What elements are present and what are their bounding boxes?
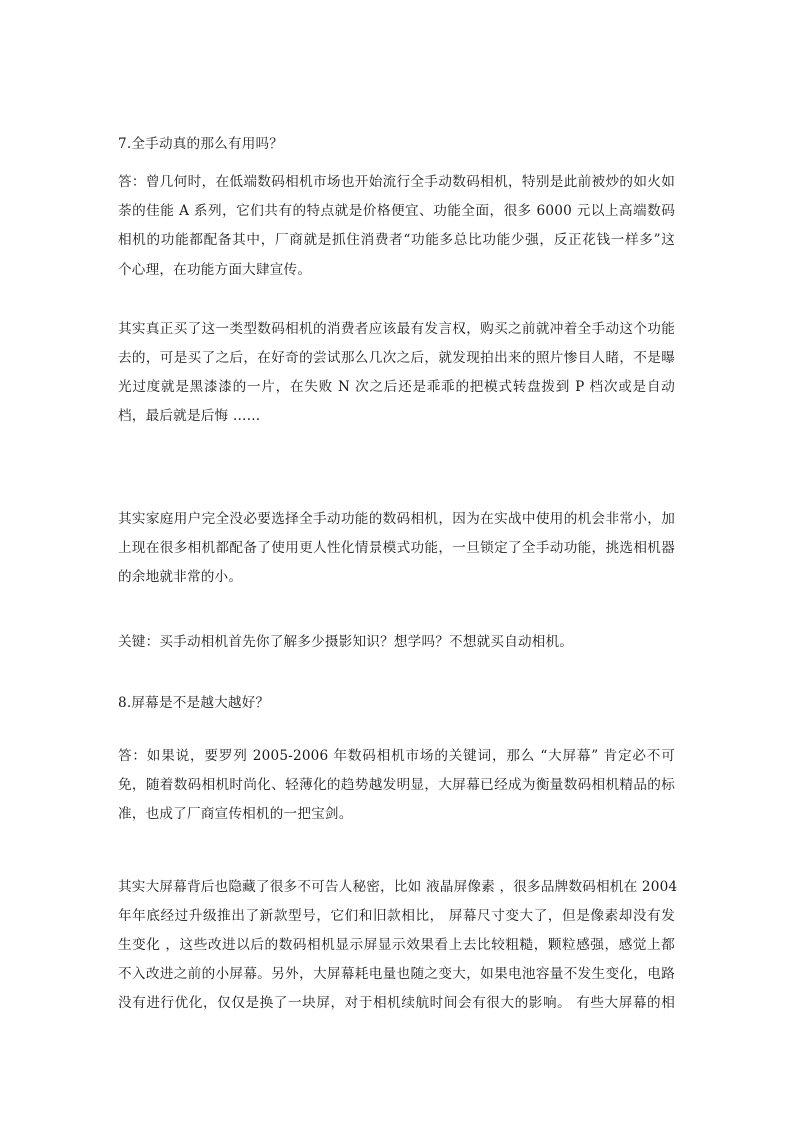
text-line: 没有进行优化，仅仅是换了一块屏，对于相机续航时间会有很大的影响。 有些大屏幕的相 — [118, 994, 675, 1012]
text-line: 年年底经过升级推出了新款型号，它们和旧款相比， 屏幕尺寸变大了，但是像素却没有发 — [118, 907, 675, 925]
text-line: 生变化 ，这些改进以后的数码相机显示屏显示效果看上去比较粗糙，颗粒感强，感觉上都 — [118, 936, 675, 954]
text-line: 其实大屏幕背后也隐藏了很多不可告人秘密，比如 液晶屏像素 ，很多品牌数码相机在 … — [118, 878, 675, 896]
text-line: 关键：买手动相机首先你了解多少摄影知识？想学吗？不想就买自动相机。 — [118, 633, 675, 651]
text-line: 档，最后就是后悔 …… — [118, 407, 675, 425]
text-line: 其实真正买了这一类型数码相机的消费者应该最有发言权，购买之前就冲着全手动这个功能 — [118, 320, 675, 338]
text-line: 上现在很多相机都配备了使用更人性化情景模式功能，一旦锁定了全手动功能，挑选相机器 — [118, 539, 675, 557]
text-line: 其实家庭用户完全没必要选择全手动功能的数码相机，因为在实战中使用的机会非常小，加 — [118, 510, 675, 528]
text-line: 相机的功能都配备其中，厂商就是抓住消费者“功能多总比功能少强，反正花钱一样多”这 — [118, 231, 675, 249]
text-line: 不入改进之前的小屏幕。另外，大屏幕耗电量也随之变大，如果电池容量不发生变化，电路 — [118, 965, 675, 983]
text-line: 去的，可是买了之后，在好奇的尝试那么几次之后，就发现拍出来的照片惨目人睹，不是曝 — [118, 349, 675, 367]
document-page: 7.全手动真的那么有用吗？ 答：曾几何时，在低端数码相机市场也开始流行全手动数码… — [0, 0, 793, 1122]
section-heading-8: 8.屏幕是不是越大越好？ — [118, 694, 675, 712]
text-line: 光过度就是黑漆漆的一片，在失败 N 次之后还是乖乖的把模式转盘拨到 P 档次或是… — [118, 378, 675, 396]
text-line: 答：如果说，要罗列 2005-2006 年数码相机市场的关键词，那么 “大屏幕”… — [118, 747, 675, 765]
text-line: 个心理，在功能方面大肆宣传。 — [118, 261, 675, 279]
text-line: 准，也成了厂商宣传相机的一把宝剑。 — [118, 805, 675, 823]
text-line: 荼的佳能 A 系列，它们共有的特点就是价格便宜、功能全面，很多 6000 元以上… — [118, 202, 675, 220]
section-heading-7: 7.全手动真的那么有用吗？ — [118, 135, 675, 153]
text-line: 免，随着数码相机时尚化、轻薄化的趋势越发明显，大屏幕已经成为衡量数码相机精品的标 — [118, 776, 675, 794]
text-line: 的余地就非常的小。 — [118, 568, 675, 586]
text-line: 答：曾几何时，在低端数码相机市场也开始流行全手动数码相机，特别是此前被炒的如火如 — [118, 173, 675, 191]
